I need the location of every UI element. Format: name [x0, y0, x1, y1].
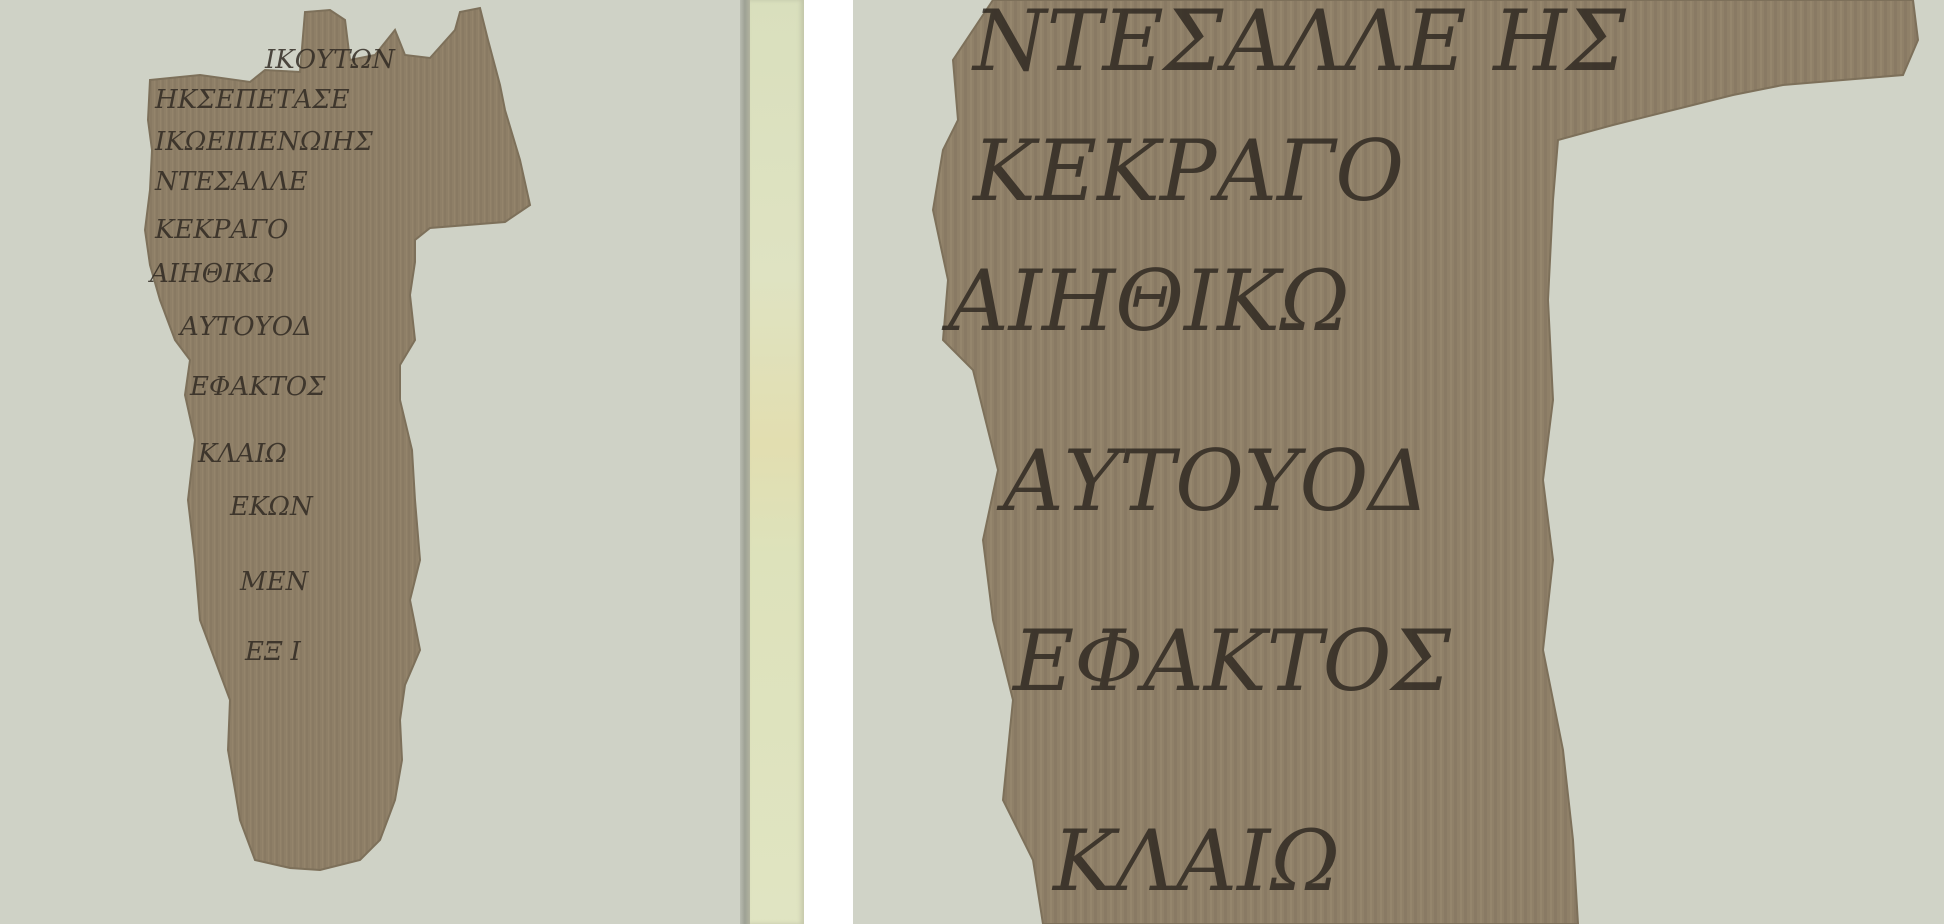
svg-text:ΕΦΑΚΤΟΣ: ΕΦΑΚΤΟΣ	[189, 372, 326, 402]
svg-text:ΙΚΩΕΙΠΕΝΩΙΗΣ: ΙΚΩΕΙΠΕΝΩΙΗΣ	[154, 127, 373, 157]
svg-text:ΑΥΤΟΥΟΔ: ΑΥΤΟΥΟΔ	[996, 432, 1429, 530]
papyrus-fragment-detail: ΝΤΕΣΑΛΛΕ ΗΣ ΚΕΚΡΑΓΟ ΑΙΗΘΙΚΩ ΑΥΤΟΥΟΔ ΕΦΑΚ…	[853, 0, 1944, 924]
svg-text:ΕΞ Ι: ΕΞ Ι	[244, 637, 302, 667]
svg-text:ΜΕΝ: ΜΕΝ	[239, 567, 310, 597]
mount-edge-strip	[750, 0, 804, 924]
right-photo-detail-fragment: ΝΤΕΣΑΛΛΕ ΗΣ ΚΕΚΡΑΓΟ ΑΙΗΘΙΚΩ ΑΥΤΟΥΟΔ ΕΦΑΚ…	[853, 0, 1944, 924]
svg-text:ΗΚΣΕΠΕΤΑΣΕ: ΗΚΣΕΠΕΤΑΣΕ	[154, 85, 350, 115]
papyrus-fragment-full: ΙΚΟΥΤΩΝ ΗΚΣΕΠΕΤΑΣΕ ΙΚΩΕΙΠΕΝΩΙΗΣ ΝΤΕΣΑΛΛΕ…	[0, 0, 742, 924]
left-photo-full-fragment: ΙΚΟΥΤΩΝ ΗΚΣΕΠΕΤΑΣΕ ΙΚΩΕΙΠΕΝΩΙΗΣ ΝΤΕΣΑΛΛΕ…	[0, 0, 742, 924]
svg-text:ΑΙΗΘΙΚΩ: ΑΙΗΘΙΚΩ	[941, 252, 1350, 350]
svg-text:ΚΛΑΙΩ: ΚΛΑΙΩ	[1051, 812, 1340, 910]
photo-gap	[804, 0, 853, 924]
svg-text:ΙΚΟΥΤΩΝ: ΙΚΟΥΤΩΝ	[264, 45, 396, 75]
svg-text:ΑΥΤΟΥΟΔ: ΑΥΤΟΥΟΔ	[178, 312, 312, 342]
svg-text:ΚΕΚΡΑΓΟ: ΚΕΚΡΑΓΟ	[154, 215, 288, 245]
svg-text:ΚΛΑΙΩ: ΚΛΑΙΩ	[197, 439, 287, 469]
svg-text:ΝΤΕΣΑΛΛΕ: ΝΤΕΣΑΛΛΕ	[154, 167, 308, 197]
svg-text:ΝΤΕΣΑΛΛΕ ΗΣ: ΝΤΕΣΑΛΛΕ ΗΣ	[971, 0, 1626, 90]
svg-text:ΑΙΗΘΙΚΩ: ΑΙΗΘΙΚΩ	[148, 259, 274, 289]
svg-text:ΚΕΚΡΑΓΟ: ΚΕΚΡΑΓΟ	[971, 122, 1404, 220]
svg-text:ΕΚΩΝ: ΕΚΩΝ	[229, 492, 314, 522]
svg-text:ΕΦΑΚΤΟΣ: ΕΦΑΚΤΟΣ	[1011, 612, 1451, 710]
